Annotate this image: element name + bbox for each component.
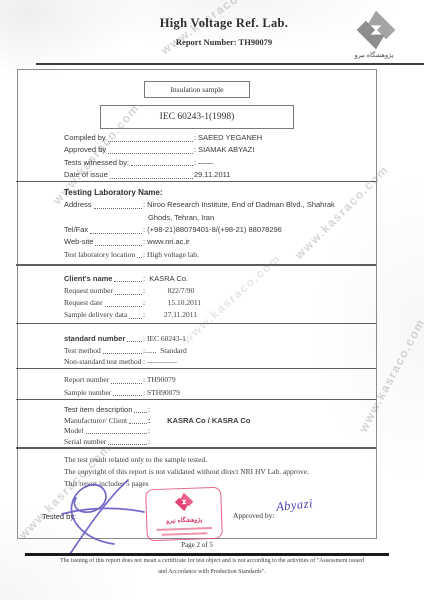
field-row: Manufacturer/ Client : KASRA Co / KASRA … (64, 416, 370, 427)
approved-by-signature: Abyazi (275, 496, 313, 515)
nri-logo-caption: پژوهشگاه نیرو (342, 51, 406, 59)
dotted-leader (95, 245, 142, 246)
field-label: Date of issue (64, 169, 108, 181)
dotted-leader (103, 353, 142, 354)
approved-by-label: Approved by: (233, 511, 274, 520)
field-row: Sample number : STH90079 (64, 387, 370, 399)
dotted-leader (115, 294, 142, 295)
field-value: : (148, 437, 150, 448)
field-value: : KASRA Co / KASRA Co (148, 416, 250, 427)
dotted-leader (137, 257, 142, 258)
stamp-text-line (156, 527, 212, 531)
testing-lab-section: Testing Laboratory Name: Address : Niroo… (18, 187, 376, 260)
dotted-leader (86, 433, 147, 434)
field-label: Serial number (64, 437, 106, 448)
field-label: Request number (64, 285, 113, 297)
field-value: : IEC 60243-1 (143, 333, 186, 345)
section-divider (16, 264, 376, 265)
stamp-logo-icon (172, 492, 196, 518)
footer-rule (25, 553, 389, 556)
field-label: Model (64, 426, 84, 437)
field-label: Test method (64, 345, 101, 357)
approval-stamp: پژوهشگاه نیرو (145, 487, 223, 542)
field-value: : SAEED YEGANEH (194, 132, 262, 144)
test-item-section: Test item description : Manufacturer/ Cl… (18, 405, 376, 447)
field-row: Web-site : www.nri.ac.ir (64, 236, 370, 248)
field-value: :...... Standard (143, 345, 187, 357)
field-label: Address (64, 199, 92, 211)
field-value: : KASRA Co. (143, 273, 188, 285)
field-row: Sample delivery data : 27.11.2011 (64, 309, 370, 321)
field-value: 29.11.2011 (194, 169, 230, 181)
field-row: Non-standard test method : ———— (64, 356, 370, 368)
client-section: Client's name : KASRA Co. Request number… (18, 273, 376, 322)
field-label: Sample number (64, 387, 111, 399)
standard-title-box: IEC 60243-1(1998) (100, 105, 294, 129)
dotted-leader (108, 444, 147, 445)
report-frame: Insulation sample IEC 60243-1(1998) Comp… (17, 69, 377, 539)
dotted-leader (108, 141, 193, 142)
field-row-continuation: Ghods, Tehran, Iran (64, 212, 370, 224)
dotted-leader (108, 153, 193, 154)
field-row: standard number : IEC 60243-1 (64, 333, 370, 345)
field-label: standard number (64, 333, 125, 345)
field-label: Tel/Fax (64, 224, 88, 236)
field-value: : (148, 426, 150, 437)
field-row: Serial number : (64, 437, 370, 448)
field-row: Approved by : SIAMAK ABYAZI (64, 144, 370, 156)
field-label: Non-standard test method (64, 356, 141, 368)
dotted-leader (110, 178, 193, 179)
dotted-leader (134, 412, 147, 413)
dotted-leader (94, 208, 142, 209)
field-value: Ghods, Tehran, Iran (148, 212, 214, 224)
field-value: : —— (194, 157, 213, 169)
field-label: Test item description (64, 405, 132, 416)
field-row: Address : Niroo Research Institute, End … (64, 199, 370, 211)
field-value: : Niroo Research Institute, End of Dadma… (143, 199, 335, 211)
field-label: Report number (64, 374, 109, 386)
field-label: Approved by (64, 144, 106, 156)
section-divider (16, 368, 376, 369)
field-value: : STH90079 (143, 387, 180, 399)
field-row: Test item description : (64, 405, 370, 416)
nri-logo-icon (352, 9, 400, 51)
footer-note-line: The issuing of this report does not mean… (0, 558, 424, 564)
stamp-text-line (162, 532, 208, 536)
scanned-report-page: www.kasraco.com www.kasraco.com www.kasr… (0, 0, 424, 600)
field-value: : SIAMAK ABYAZI (194, 144, 254, 156)
field-row: Report number : TH90079 (64, 374, 370, 386)
dotted-leader (90, 233, 142, 234)
header-rule (36, 63, 424, 65)
field-row: Client's name : KASRA Co. (64, 273, 370, 285)
field-row: Test method :...... Standard (64, 345, 370, 357)
field-value: : (148, 405, 150, 416)
field-value: : ———— (143, 356, 177, 368)
dotted-leader (129, 318, 142, 319)
field-value: : (+98-21)88079401-8/(+98-21) 88078296 (143, 224, 282, 236)
field-value: : 822/7/90 (143, 285, 194, 297)
signature-row: Tested by: پژوهشگاه نیرو (18, 490, 376, 540)
section-divider (16, 447, 376, 448)
dotted-leader (114, 281, 142, 282)
field-label: Test laboratory location (64, 249, 135, 261)
dotted-leader (105, 306, 142, 307)
footer-note-line: and Accordance with Production Standards… (0, 569, 424, 575)
field-label: Client's name (64, 273, 112, 285)
field-value: : 15.10.2011 (143, 297, 201, 309)
issue-info-section: Compiled by : SAEED YEGANEH Approved by … (18, 132, 376, 181)
field-row: Model : (64, 426, 370, 437)
field-label: Request date (64, 297, 103, 309)
dotted-leader (127, 341, 142, 342)
page-number: Page 2 of 5 (17, 541, 377, 549)
dotted-leader (131, 165, 193, 166)
field-value: : High voltage lab. (143, 249, 199, 261)
field-value: : TH90079 (143, 374, 176, 386)
field-row: Request date : 15.10.2011 (64, 297, 370, 309)
stamp-caption: پژوهشگاه نیرو (166, 518, 202, 526)
section-divider (16, 181, 376, 182)
note-line: The test result related only to the samp… (64, 454, 370, 466)
dotted-leader (111, 383, 142, 384)
field-label: Tests witnessed by: (64, 157, 129, 169)
tested-by-signature (56, 474, 152, 563)
field-label: Compiled by (64, 132, 106, 144)
field-label: Sample delivery data (64, 309, 127, 321)
field-row: Test laboratory location : High voltage … (64, 249, 370, 261)
section-divider (16, 399, 376, 400)
field-row: Tests witnessed by: : —— (64, 157, 370, 169)
standard-section: standard number : IEC 60243-1 Test metho… (18, 333, 376, 368)
field-label: Web-site (64, 236, 93, 248)
field-value: : 27.11.2011 (143, 309, 197, 321)
field-row: Request number : 822/7/90 (64, 285, 370, 297)
field-row: Compiled by : SAEED YEGANEH (64, 132, 370, 144)
field-row: Tel/Fax : (+98-21)88079401-8/(+98-21) 88… (64, 224, 370, 236)
dotted-leader (113, 395, 142, 396)
field-label: Manufacturer/ Client (64, 416, 127, 427)
sample-title-box: Insulation sample (144, 81, 250, 98)
field-value: : www.nri.ac.ir (143, 236, 190, 248)
field-row: Date of issue 29.11.2011 (64, 169, 370, 181)
section-divider (16, 323, 376, 324)
section-heading: Testing Laboratory Name: (64, 187, 370, 199)
report-number-section: Report number : TH90079 Sample number : … (18, 374, 376, 399)
dotted-leader (129, 423, 147, 424)
